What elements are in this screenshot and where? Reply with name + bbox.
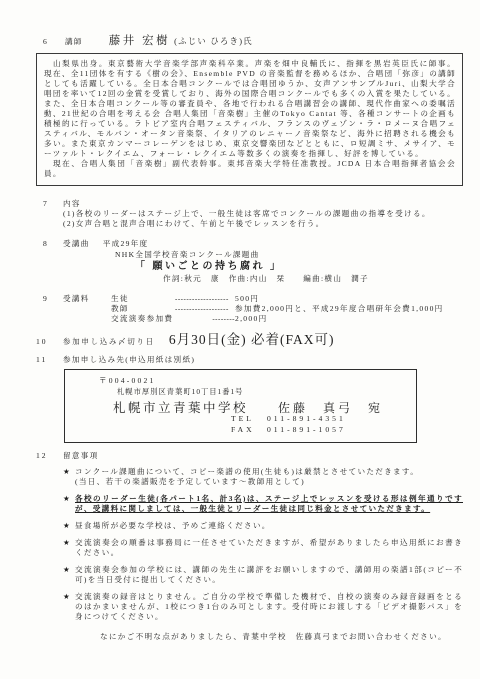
closing-contact-line: なにかご不明な点がありましたら、青葉中学校 佐藤真弓までお問い合わせください。 xyxy=(100,632,463,642)
school-name: 札幌市立青葉中学校 xyxy=(113,403,248,413)
note-item-recording: ★ 交流演奏の録音はとりません。ご自分の学校で準備した機材で、自校の演奏のみ録音… xyxy=(63,592,463,622)
fee-row-students: 生徒 ------------------- 500円 xyxy=(111,294,463,304)
star-bullet-icon: ★ xyxy=(63,467,75,487)
piece-year: 平成29年度 xyxy=(103,239,149,249)
fax-label: FAX xyxy=(231,425,267,435)
note-text-emphasized: 各校のリーダー生徒(各パート1名、計3名)は、ステージ上でレッスンを受ける形は例… xyxy=(75,494,463,514)
note-item-lunch-place: ★ 昼食場所が必要な学校は、予めご連絡ください。 xyxy=(63,521,463,531)
fee-row-teachers: 教師 ------------------- 参加費2,000円と、平成29年度… xyxy=(111,304,463,314)
tel-number: 011-891-4351 xyxy=(267,414,346,424)
fee-leader-dots: ------------------- xyxy=(175,304,235,314)
lecturer-name: 藤井 宏樹 xyxy=(109,36,170,46)
fee-leader-dots: -------- xyxy=(175,314,235,324)
star-bullet-icon: ★ xyxy=(63,538,75,558)
tel-row: TEL 011-891-4351 xyxy=(231,414,408,424)
fee-value: 参加費2,000円と、平成29年度合唱研年会費1,000円 xyxy=(235,304,463,314)
note-item-copy-prohibited: ★ コンクール課題曲について、コピー楽譜の使用(生徒も)は厳禁とさせていただきま… xyxy=(63,467,463,487)
star-bullet-icon: ★ xyxy=(63,592,75,622)
section-label-lecturer: 講師 xyxy=(65,37,83,47)
section-lecturer: 6 講師 藤井 宏樹 (ふじい ひろき)氏 xyxy=(36,36,463,47)
section-fees: 9 受講料 生徒 ------------------- 500円 教師 ---… xyxy=(36,294,463,324)
piece-credits: 作詞:秋元 康 作曲:内山 栞 編曲:横山 潤子 xyxy=(163,274,463,284)
section-number: 9 xyxy=(36,294,63,304)
note-text: 昼食場所が必要な学校は、予めご連絡ください。 xyxy=(75,521,463,531)
star-bullet-icon: ★ xyxy=(63,494,75,514)
note-item-performance-order: ★ 交流演奏会の順番は事務局に一任させていただきますが、希望がありましたら申込用… xyxy=(63,538,463,558)
fee-value: 500円 xyxy=(235,294,463,304)
fax-number: 011-891-1057 xyxy=(267,425,346,435)
section-number: 7 xyxy=(36,199,63,209)
fee-row-exchange-performance: 交流演奏参加費 -------- 2,000円 xyxy=(111,314,463,324)
note-text: 交流演奏会参加の学校には、講師の先生に講評をお願いしますので、講師用の楽譜1部(… xyxy=(75,565,463,585)
section-number: 8 xyxy=(36,239,63,249)
note-subtext: (当日、若干の楽譜販売を予定しています〜教師用として) xyxy=(75,477,463,487)
section-label-notes: 留意事項 xyxy=(63,451,463,461)
section-number: 11 xyxy=(36,355,63,365)
fees-table: 生徒 ------------------- 500円 教師 ---------… xyxy=(111,294,463,324)
section-label-contents: 内容 xyxy=(63,199,463,209)
section-course-piece: 8 受講曲 平成29年度 NHK全国学校音楽コンクール課題曲 「 願いごとの持ち… xyxy=(36,239,463,284)
note-text: 交流演奏会の順番は事務局に一任させていただきますが、希望がありましたら申込用紙に… xyxy=(75,538,463,558)
fee-value: 2,000円 xyxy=(235,314,463,324)
lecturer-bio-paragraph-2: 現在、合唱人集団「音楽樹」副代表幹事。東邦音楽大学特任准教授。JCDA 日本合唱… xyxy=(44,159,456,179)
contents-item-1: (1)各校のリーダーはステージ上で、一般生徒は客席でコンクールの課題曲の指導を受… xyxy=(63,209,463,219)
fee-leader-dots: ------------------- xyxy=(175,294,235,304)
star-bullet-icon: ★ xyxy=(63,521,75,531)
section-deadline: 10 参加申し込み〆切り日 6月30日(金) 必着(FAX可) xyxy=(36,335,463,347)
apply-to-label: 参加申し込み先(申込用紙は別紙) xyxy=(63,355,463,365)
mailing-address-box: 〒004-0021 札幌市厚別区青葉町10丁目1番1号 札幌市立青葉中学校 佐藤… xyxy=(64,369,417,443)
section-notes: 12 留意事項 ★ コンクール課題曲について、コピー楽譜の使用(生徒も)は厳禁と… xyxy=(36,451,463,642)
lecturer-bio-box: 山梨県出身。東京藝術大学音楽学部声楽科卒業。声楽を畑中良輔氏に、指揮を黒岩英臣氏… xyxy=(36,53,463,186)
section-number: 6 xyxy=(36,37,63,47)
piece-title: 「 願いごとの持ち腐れ 」 xyxy=(135,261,463,273)
fax-row: FAX 011-891-1057 xyxy=(231,425,408,435)
section-label-course-piece: 受講曲 xyxy=(63,239,90,249)
fee-item-label: 交流演奏参加費 xyxy=(111,314,175,324)
piece-contest-name: NHK全国学校音楽コンクール課題曲 xyxy=(115,250,463,260)
deadline-date: 6月30日(金) 必着(FAX可) xyxy=(169,335,335,345)
lecturer-bio-paragraph-1: 山梨県出身。東京藝術大学音楽学部声楽科卒業。声楽を畑中良輔氏に、指揮を黒岩英臣氏… xyxy=(44,59,456,159)
deadline-label: 参加申し込み〆切り日 xyxy=(63,337,155,347)
note-text: 交流演奏の録音はとりません。ご自分の学校で準備した機材で、自校の演奏のみ録音録画… xyxy=(75,592,463,622)
document-page: 6 講師 藤井 宏樹 (ふじい ひろき)氏 山梨県出身。東京藝術大学音楽学部声楽… xyxy=(0,0,480,679)
street-address: 札幌市厚別区青葉町10丁目1番1号 xyxy=(117,387,408,397)
section-number: 12 xyxy=(36,451,63,461)
tel-label: TEL xyxy=(231,414,267,424)
star-bullet-icon: ★ xyxy=(63,565,75,585)
postal-code: 〒004-0021 xyxy=(99,376,408,386)
section-contents: 7 内容 (1)各校のリーダーはステージ上で、一般生徒は客席でコンクールの課題曲… xyxy=(36,199,463,229)
notes-list: ★ コンクール課題曲について、コピー楽譜の使用(生徒も)は厳禁とさせていただきま… xyxy=(63,467,463,622)
section-apply-to: 11 参加申し込み先(申込用紙は別紙) xyxy=(36,355,463,365)
lecturer-name-kana: (ふじい ひろき)氏 xyxy=(174,37,253,47)
note-item-score-submission: ★ 交流演奏会参加の学校には、講師の先生に講評をお願いしますので、講師用の楽譜1… xyxy=(63,565,463,585)
fee-item-label: 教師 xyxy=(111,304,175,314)
note-text: コンクール課題曲について、コピー楽譜の使用(生徒も)は厳禁とさせていただきます。 xyxy=(75,467,463,477)
section-number: 10 xyxy=(36,337,63,347)
note-item-leader-students: ★ 各校のリーダー生徒(各パート1名、計3名)は、ステージ上でレッスンを受ける形… xyxy=(63,494,463,514)
fee-item-label: 生徒 xyxy=(111,294,175,304)
section-label-fees: 受講料 xyxy=(63,294,111,324)
contents-item-2: (2)女声合唱と混声合唱にわけて、午前と午後でレッスンを行う。 xyxy=(63,219,463,229)
recipient-name: 佐藤 真弓 宛 xyxy=(278,403,383,413)
